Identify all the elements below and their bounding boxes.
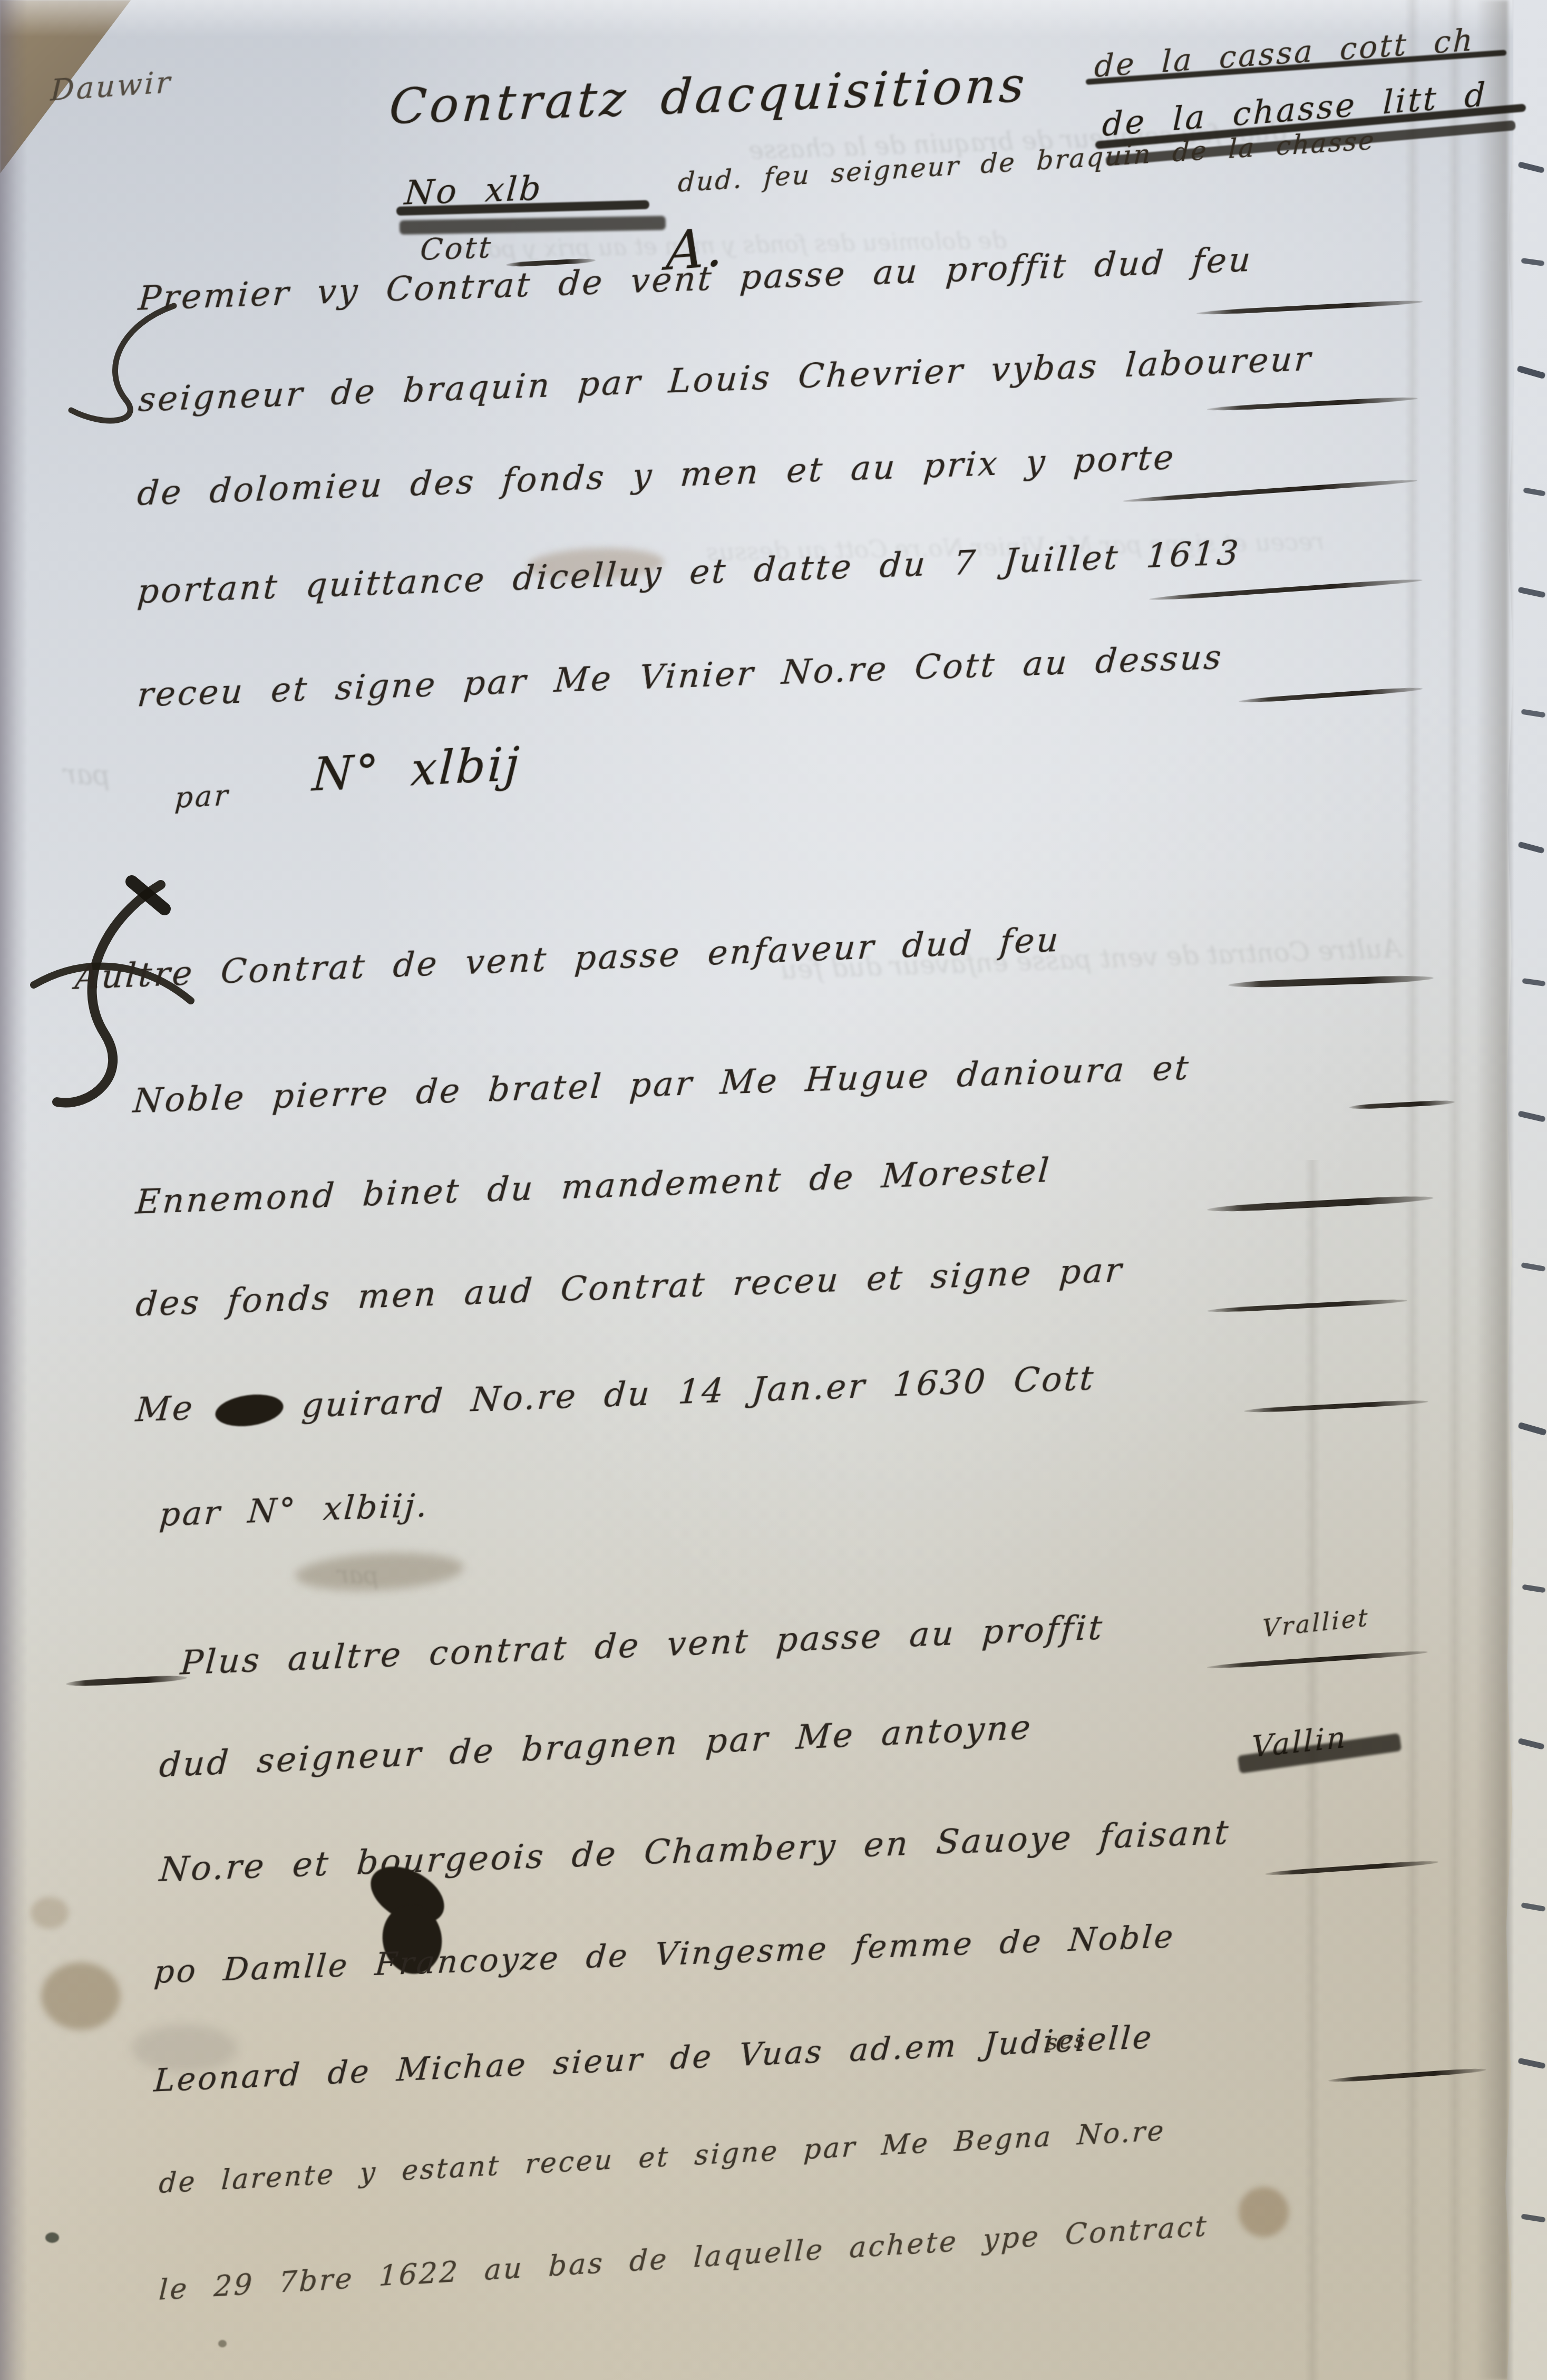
- page-title: Contratz dacquisitions: [387, 56, 1029, 136]
- entry-line: Aultre Contrat de vent passe enfaveur du…: [74, 921, 1062, 998]
- paper-crease: [1305, 1160, 1320, 2380]
- entry-line: Noble pierre de bratel par Me Hugue dani…: [132, 1049, 1192, 1121]
- paper-crease: [1405, 0, 1420, 2380]
- cote-line: par N° xlbiij.: [158, 1486, 431, 1534]
- entry-line: seigneur de braquin par Louis Chevrier v…: [137, 340, 1314, 420]
- bleedthrough-ghost: par: [63, 758, 111, 791]
- ink-dash: [1196, 299, 1423, 316]
- entry-line: de dolomieu des fonds y men et au prix y…: [136, 438, 1177, 514]
- ink-dot: [45, 2232, 59, 2243]
- ink-dash: [1244, 1399, 1428, 1414]
- entry-line: dud seigneur de bragnen par Me antoyne: [158, 1708, 1034, 1785]
- cote-reference: N° xlbij: [311, 737, 522, 802]
- cote-par-label: par: [158, 1493, 223, 1534]
- ink-stain: [1239, 2187, 1289, 2237]
- entry-line: Leonard de Michae sieur de Vuas ad.em Ju…: [153, 2019, 1155, 2100]
- paper-stain: [31, 1897, 69, 1929]
- paper-crease: [1447, 0, 1463, 2380]
- entry-line-right: guirard No.re du 14 Jan.er 1630 Cott: [300, 1359, 1097, 1426]
- entry-line: portant quittance dicelluy et datte du 7…: [136, 534, 1242, 612]
- ink-dash: [1149, 578, 1423, 602]
- entry-line: le 29 7bre 1622 au bas de laquelle achet…: [158, 2209, 1209, 2307]
- entry-line: Plus aultre contrat de vent passe au pro…: [179, 1608, 1105, 1683]
- ink-dash: [1239, 686, 1423, 704]
- entry-line: receu et signe par Me Vinier No.re Cott …: [136, 638, 1224, 715]
- entry-line: des fonds men aud Contrat receu et signe…: [134, 1251, 1125, 1324]
- ink-dash: [1349, 1100, 1455, 1110]
- entry-line: po Damlle Francoyze de Vingesme femme de…: [153, 1918, 1176, 1991]
- manuscript-photo: dud. feu seigneur de braquin de la chass…: [0, 0, 1547, 2380]
- interline-insertion: Vralliet: [1262, 1603, 1369, 1643]
- entry-line: No.re et bourgeois de Chambery en Sauoye…: [158, 1813, 1232, 1890]
- entry-line: Ennemond binet du mandement de Morestel: [134, 1151, 1052, 1222]
- cote-par-label: par: [174, 778, 231, 815]
- entry-line-left: Me: [134, 1389, 196, 1430]
- ink-dash: [1228, 974, 1434, 989]
- adjacent-page-edge: [1503, 0, 1547, 2380]
- ink-dash: [1207, 396, 1418, 412]
- cote-reference: N° xlbiij.: [247, 1486, 431, 1531]
- ink-dot: [218, 2340, 227, 2347]
- binding-gutter-shadow: [0, 0, 27, 2380]
- ink-dash: [1123, 478, 1417, 504]
- torn-edge-shadow: [1476, 0, 1508, 2380]
- entry-line: de larente y estant receu et signe par M…: [158, 2115, 1166, 2200]
- ink-dash: [66, 1675, 187, 1687]
- paper-stain: [41, 1962, 120, 2030]
- paper-top-edge-highlight: [0, 0, 1547, 37]
- ink-blot: [213, 1390, 286, 1430]
- ink-smudge: [294, 1549, 464, 1595]
- superscript-insertion: ses: [1046, 2028, 1087, 2055]
- paper-smudge: [132, 2025, 237, 2072]
- cote-label: Cott: [419, 230, 494, 267]
